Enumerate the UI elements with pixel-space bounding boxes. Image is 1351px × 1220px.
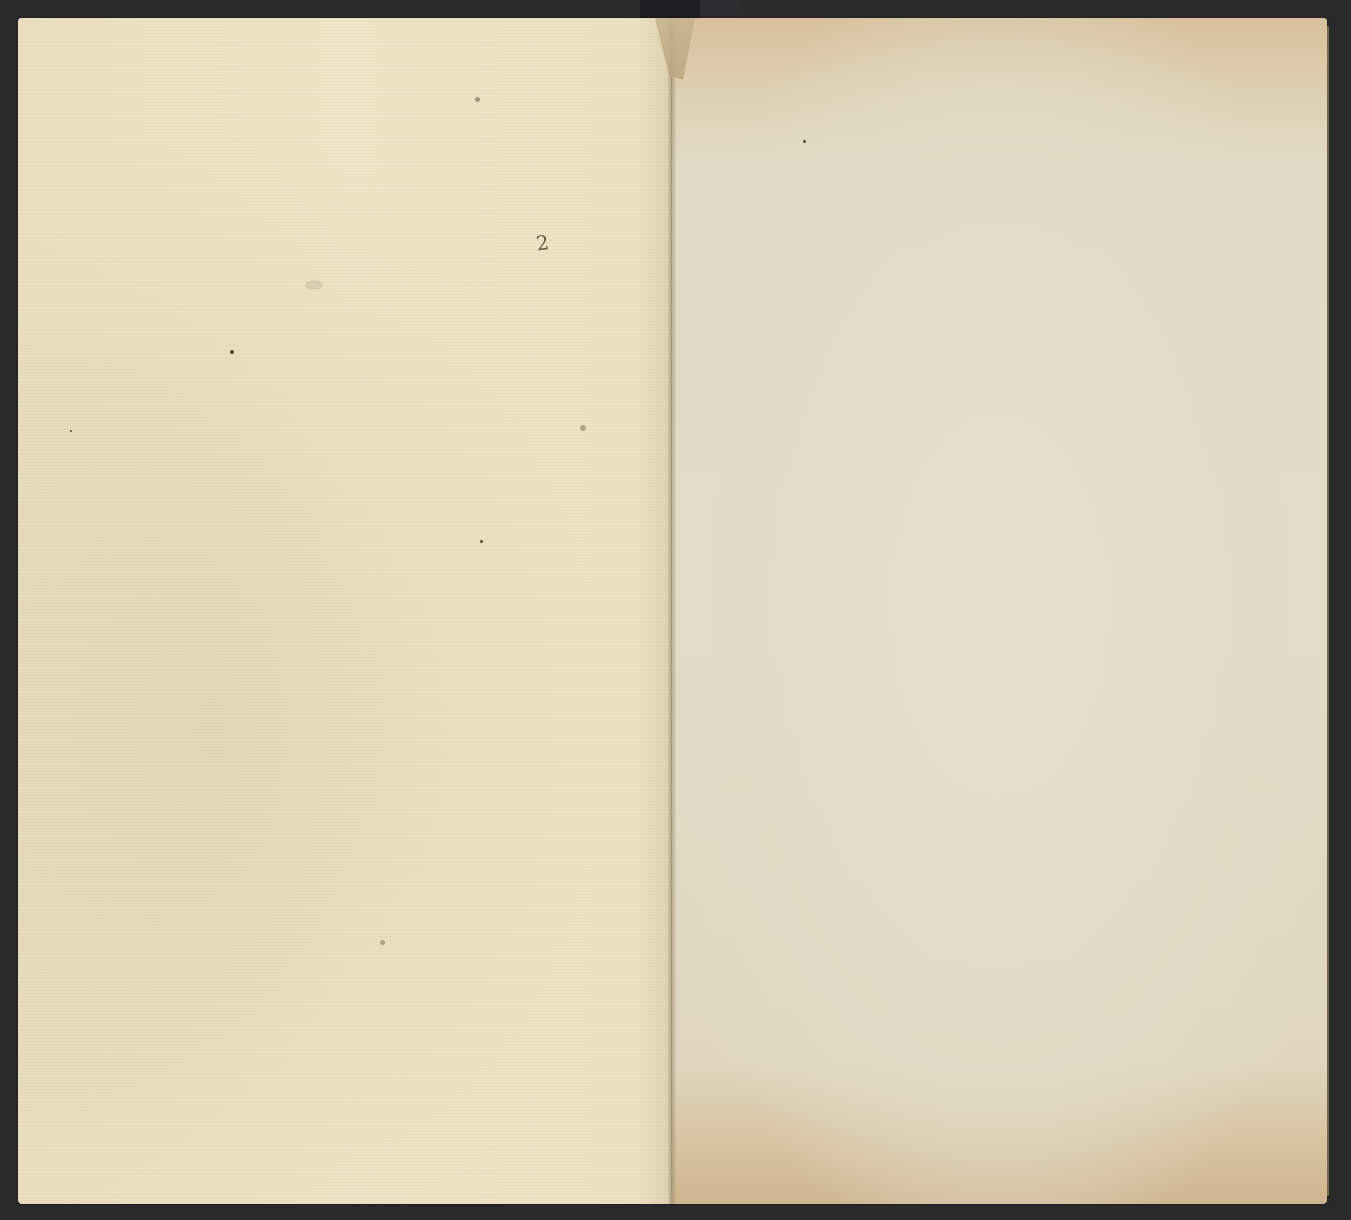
paper-speck: [305, 280, 323, 290]
paper-speck: [480, 540, 483, 543]
paper-speck: [803, 140, 806, 143]
paper-speck: [475, 97, 480, 102]
paper-speck: [580, 425, 586, 431]
book-gutter: [668, 18, 676, 1204]
pencil-page-mark: 2: [534, 228, 561, 255]
background-stripe: [700, 0, 740, 20]
paper-speck: [70, 430, 72, 432]
paper-speck: [380, 940, 385, 945]
paper-speck: [230, 350, 234, 354]
left-page: [18, 18, 672, 1204]
background-stripe: [640, 0, 700, 20]
right-page: [672, 18, 1327, 1204]
